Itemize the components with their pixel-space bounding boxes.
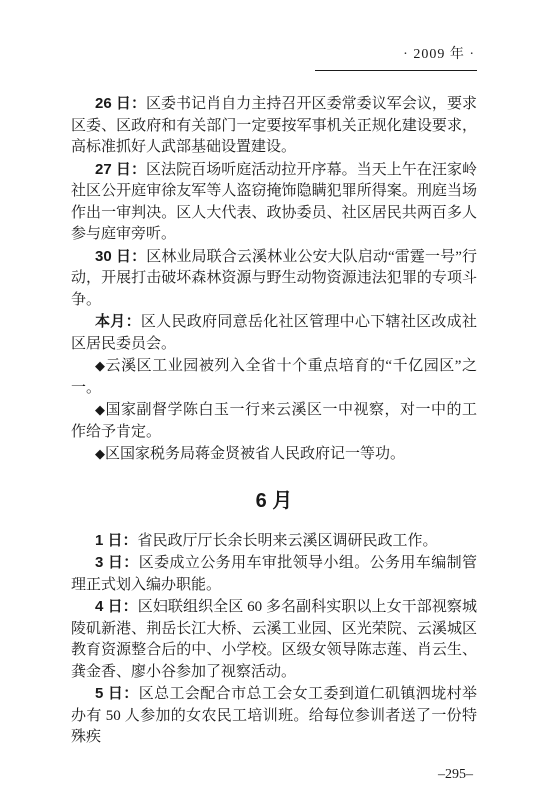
entry-paragraph: 30 日：区林业局联合云溪林业公安大队启动“雷霆一号”行 动，开展打击破坏森林资…: [71, 246, 477, 312]
entry-paragraph: 本月：区人民政府同意岳化社区管理中心下辖社区改成社区居民委员会。: [71, 311, 477, 355]
entry-day-label: 本月：: [95, 313, 141, 330]
entry-day-label: 26 日：: [95, 95, 146, 112]
diamond-bullet-icon: ◆: [95, 402, 106, 417]
entry-day-label: 27 日：: [95, 161, 146, 178]
entry-day-label: 5 日：: [95, 685, 139, 702]
entry-text: 省民政厅厅长余长明来云溪区调研民政工作。: [138, 533, 438, 549]
entry-paragraph: 4 日：区妇联组织全区 60 多名副科实职以上女干部视察城陵矶新港、荆岳长江大桥…: [71, 596, 477, 683]
page-footer: –295–: [71, 767, 477, 783]
running-head-rule: [315, 70, 477, 71]
text-column: · 2009 年 · 26 日：区委书记肖自力主持召开区委常委议军会议，要求区委…: [71, 46, 477, 783]
diamond-bullet-icon: ◆: [95, 446, 105, 461]
entry-paragraph: 26 日：区委书记肖自力主持召开区委常委议军会议，要求区委、区政府和有关部门一定…: [71, 93, 477, 159]
running-head: · 2009 年 ·: [71, 46, 477, 64]
entry-paragraph: 27 日：区法院百场听庭活动拉开序幕。当天上午在汪家岭社区公开庭审徐友军等人盗窃…: [71, 159, 477, 246]
entry-day-label: 30 日：: [95, 248, 146, 265]
highlight-item: ◆云溪区工业园被列入全省十个重点培育的“千亿园区”之一。: [71, 355, 477, 399]
entry-day-label: 4 日：: [95, 598, 138, 615]
diamond-bullet-icon: ◆: [95, 358, 106, 373]
chronicle-body: 26 日：区委书记肖自力主持召开区委常委议军会议，要求区委、区政府和有关部门一定…: [71, 93, 477, 749]
highlight-text: 云溪区工业园被列入全省十个重点培育的“千亿园区”之一。: [71, 358, 477, 396]
month-heading: 6 月: [71, 488, 477, 514]
page-number: –295–: [438, 767, 473, 782]
highlight-item: ◆国家副督学陈白玉一行来云溪区一中视察，对一中的工作给予肯定。: [71, 399, 477, 443]
highlight-item: ◆区国家税务局蒋金贤被省人民政府记一等功。: [71, 443, 477, 466]
entry-paragraph: 1 日：省民政厅厅长余长明来云溪区调研民政工作。: [71, 530, 477, 553]
document-page: · 2009 年 · 26 日：区委书记肖自力主持召开区委常委议军会议，要求区委…: [0, 0, 548, 793]
entry-paragraph: 3 日：区委成立公务用车审批领导小组。公务用车编制管理正式划入编办职能。: [71, 552, 477, 596]
entry-paragraph: 5 日：区总工会配合市总工会女工委到道仁矶镇泗垅村举办有 50 人参加的女农民工…: [71, 683, 477, 749]
highlight-text: 区国家税务局蒋金贤被省人民政府记一等功。: [105, 446, 405, 462]
running-head-year: · 2009 年 ·: [403, 47, 475, 62]
entry-day-label: 1 日：: [95, 532, 138, 549]
entry-day-label: 3 日：: [95, 554, 139, 571]
highlight-text: 国家副督学陈白玉一行来云溪区一中视察，对一中的工作给予肯定。: [71, 402, 477, 440]
